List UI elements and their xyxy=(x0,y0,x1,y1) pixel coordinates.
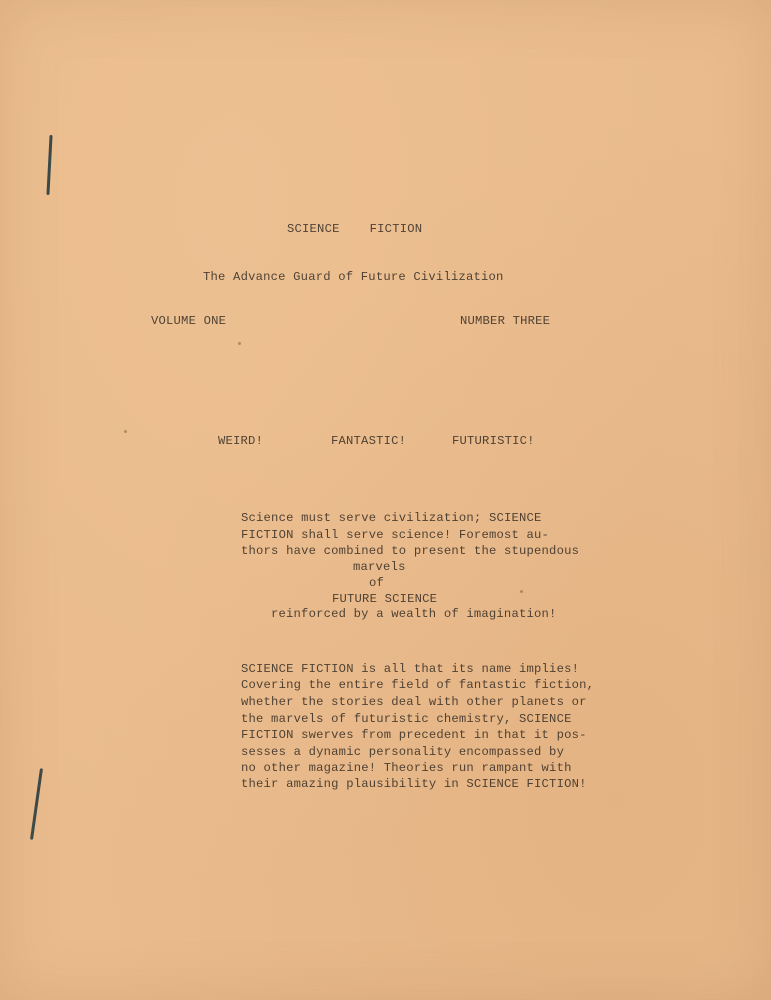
paragraph1-line: of xyxy=(369,576,384,590)
magazine-title: SCIENCE FICTION xyxy=(287,222,422,236)
volume-label: VOLUME ONE xyxy=(151,314,226,328)
issue-number-label: NUMBER THREE xyxy=(460,314,550,328)
paragraph2-line: sesses a dynamic personality encompassed… xyxy=(241,745,564,759)
paragraph2-line: no other magazine! Theories run rampant … xyxy=(241,761,572,775)
paragraph2-line: whether the stories deal with other plan… xyxy=(241,695,587,709)
staple-top xyxy=(46,135,52,195)
paragraph2-line: SCIENCE FICTION is all that its name imp… xyxy=(241,662,579,676)
paragraph1-line: reinforced by a wealth of imagination! xyxy=(271,607,557,621)
magazine-subtitle: The Advance Guard of Future Civilization xyxy=(203,270,504,284)
paragraph1-line: FICTION shall serve science! Foremost au… xyxy=(241,528,549,542)
paragraph1-line: thors have combined to present the stupe… xyxy=(241,544,579,558)
paragraph2-line: FICTION swerves from precedent in that i… xyxy=(241,728,587,742)
paragraph2-line: Covering the entire field of fantastic f… xyxy=(241,678,594,692)
typed-page: SCIENCE FICTION The Advance Guard of Fut… xyxy=(0,0,771,1000)
paper-speck xyxy=(124,430,127,433)
paper-speck xyxy=(238,342,241,345)
tagline-fantastic: FANTASTIC! xyxy=(331,434,406,448)
staple-bottom xyxy=(30,768,43,840)
paragraph1-line: marvels xyxy=(353,560,406,574)
tagline-weird: WEIRD! xyxy=(218,434,263,448)
paragraph2-line: the marvels of futuristic chemistry, SCI… xyxy=(241,712,572,726)
paper-speck xyxy=(520,590,523,593)
tagline-futuristic: FUTURISTIC! xyxy=(452,434,535,448)
paragraph1-line: FUTURE SCIENCE xyxy=(332,592,437,606)
paragraph2-line: their amazing plausibility in SCIENCE FI… xyxy=(241,777,587,791)
paragraph1-line: Science must serve civilization; SCIENCE xyxy=(241,511,542,525)
